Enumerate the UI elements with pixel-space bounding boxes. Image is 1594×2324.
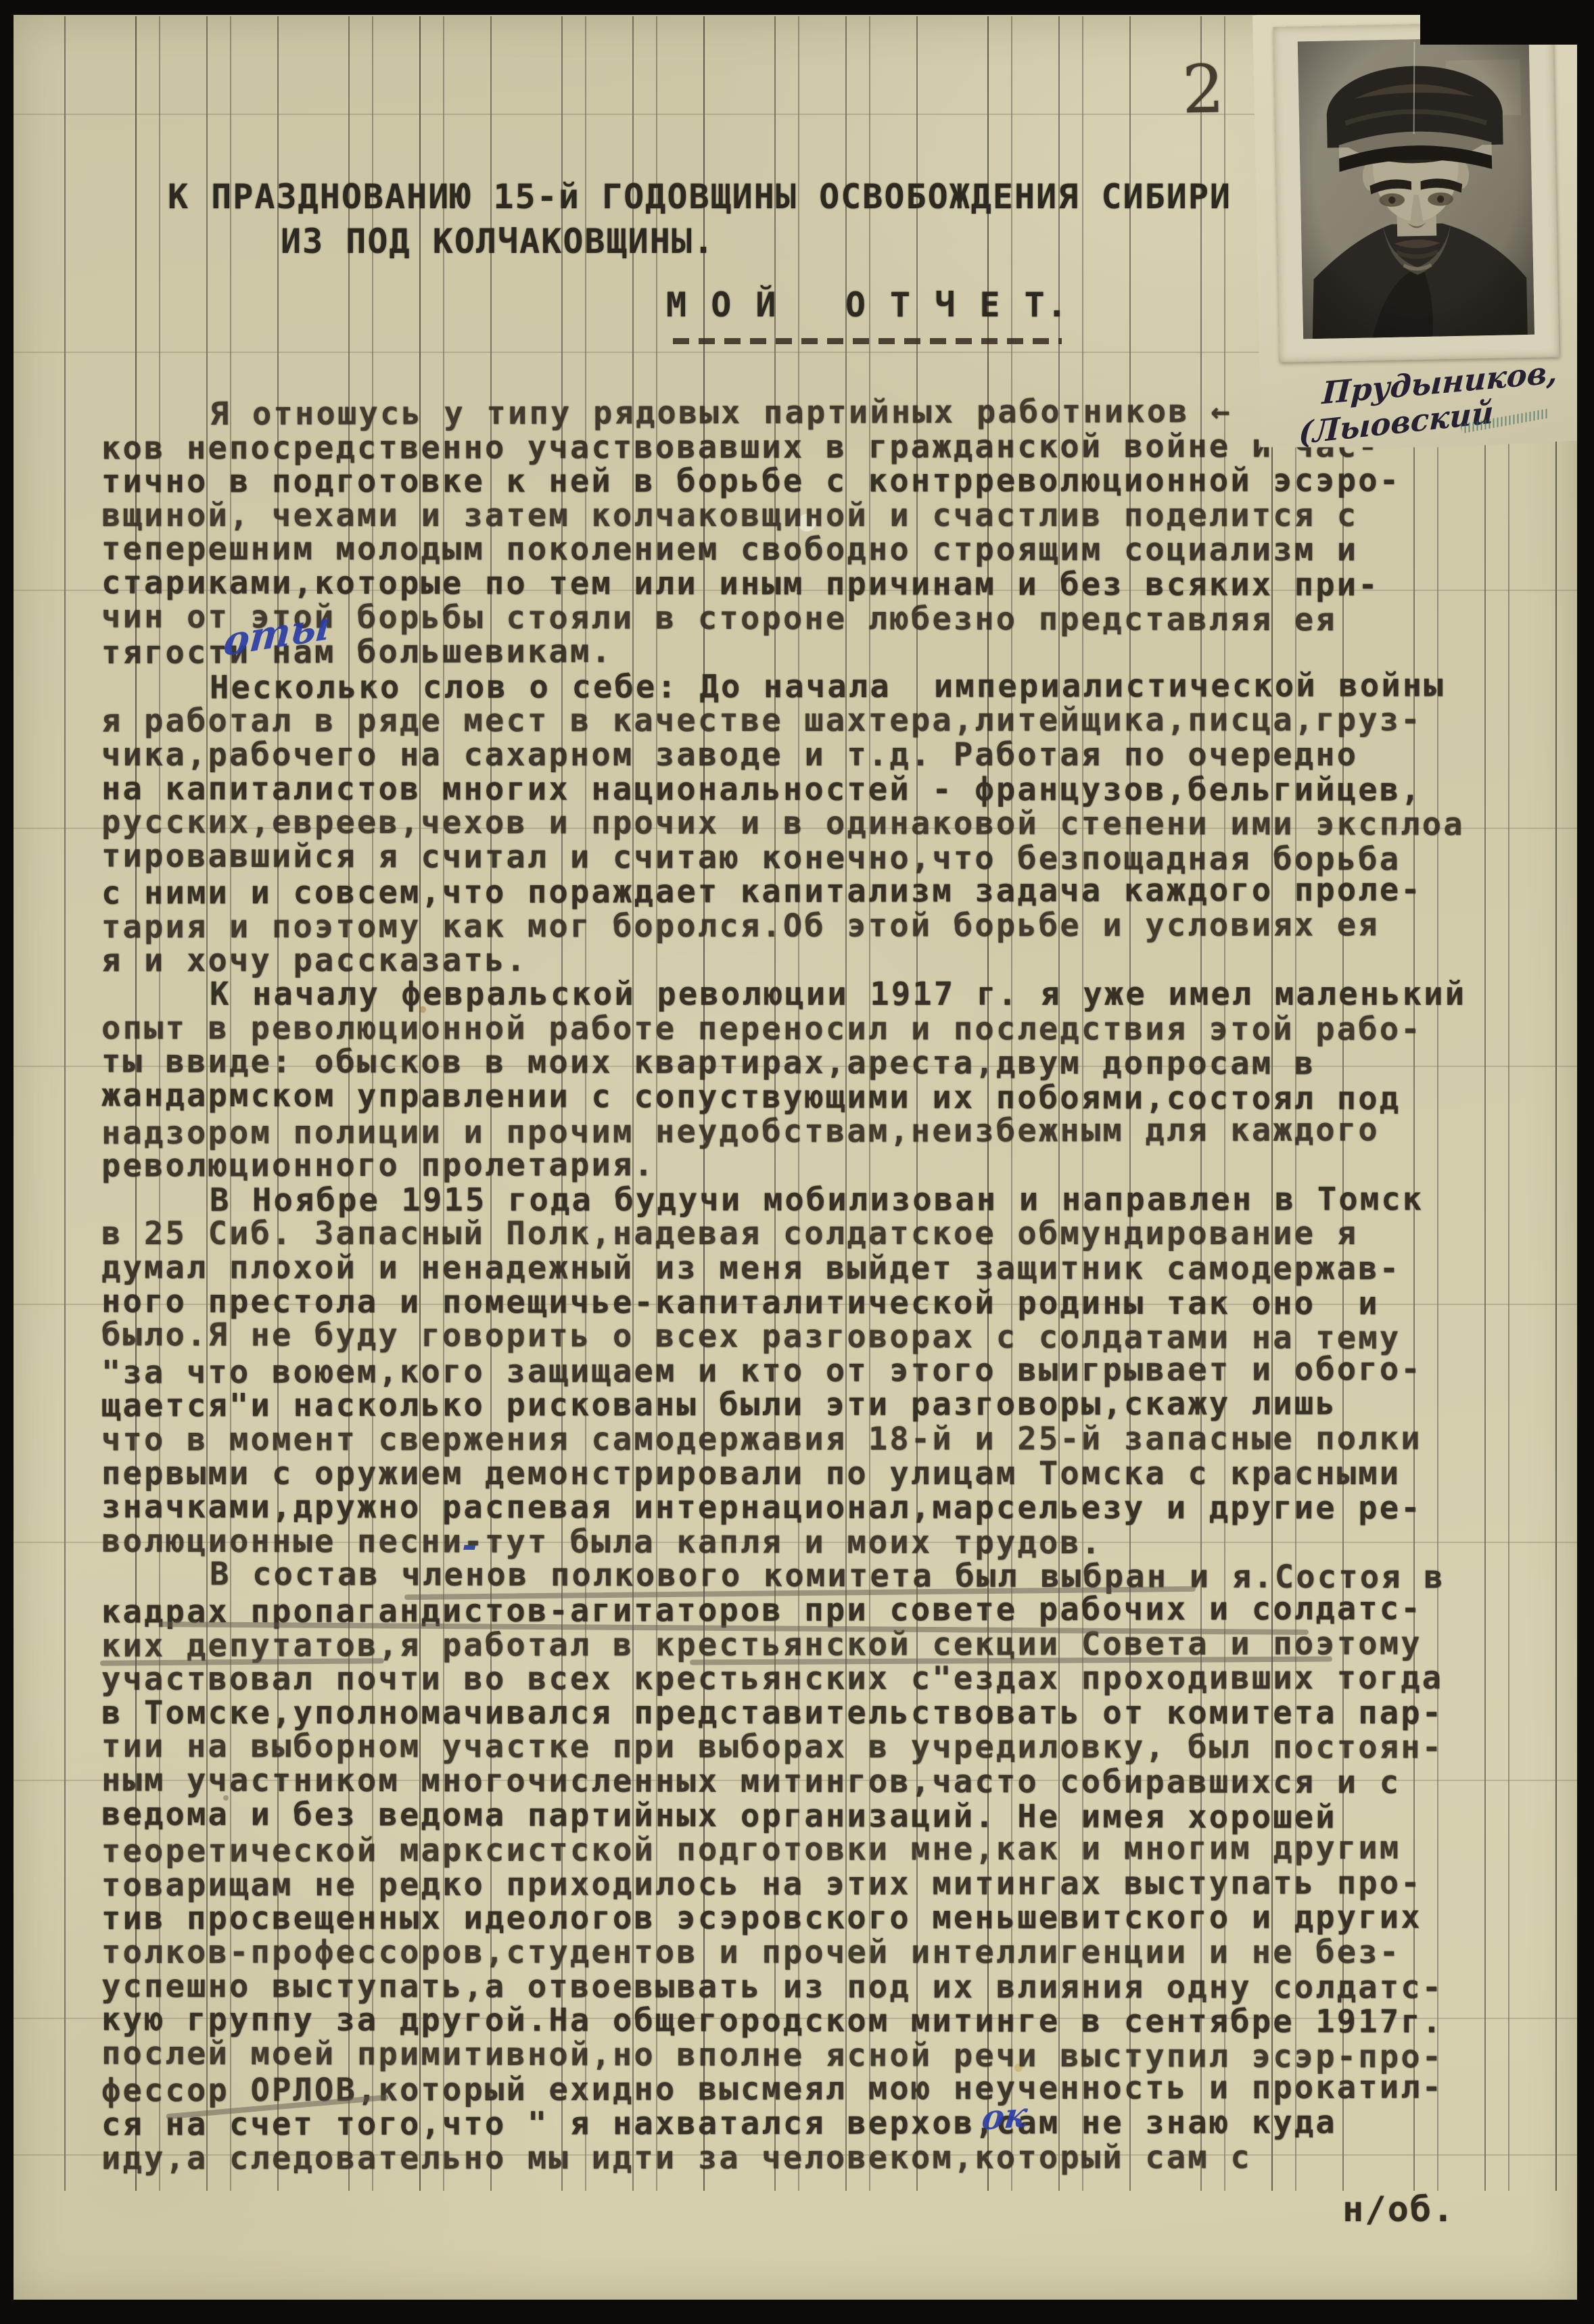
typed-line: В Ноябре 1915 года будучи мобилизован и … <box>210 1182 1424 1218</box>
scan-edge-top <box>0 0 1594 15</box>
typed-line: чика,рабочего на сахарном заводе и т.д. … <box>101 738 1358 773</box>
typed-line: в Томске,уполномачивался представительст… <box>101 1696 1443 1731</box>
typed-line: тично в подготовке к ней в борьбе с конт… <box>101 463 1401 500</box>
typed-line: теперешним молодым поколением свободно с… <box>101 531 1358 568</box>
scan-edge-right <box>1577 0 1594 2324</box>
page-number: 2 <box>1181 51 1225 128</box>
typed-line: теоретической марксистской подготовки мн… <box>101 1830 1401 1869</box>
photo-print-frame <box>1273 22 1559 362</box>
typed-line: тягости нам большевикам. <box>101 634 613 671</box>
document-header-line1: К ПРАЗДНОВАНИЮ 15-й ГОДОВЩИНЫ ОСВОБОЖДЕН… <box>168 177 1232 216</box>
typed-line: щается"и насколько рискованы были эти ра… <box>101 1386 1337 1423</box>
scan-edge-top-right-corner <box>1420 0 1594 45</box>
typed-line: тив просвещенных идеологов эсэровского м… <box>101 1900 1422 1937</box>
typed-line: значками,дружно распевая интернационал,м… <box>101 1490 1422 1526</box>
typed-line: К началу февральской революции 1917 г. я… <box>210 977 1466 1012</box>
typed-line: тии на выборном участке при выборах в уч… <box>101 1729 1443 1765</box>
typed-line: ков непосредственно участвовавших в граж… <box>101 429 1380 466</box>
typed-line: толков-профессоров,студентов и прочей ин… <box>101 1935 1401 1970</box>
blue-ink-dash-mark: - <box>462 1523 477 1566</box>
typed-line: русских,евреев,чехов и прочих и в одинак… <box>101 805 1465 843</box>
typed-line: первыми с оружием демонстрировали по ули… <box>101 1456 1401 1492</box>
typed-line: в 25 Сиб. Запасный Полк,надевая солдатск… <box>101 1216 1358 1252</box>
report-title: М О Й О Т Ч Е Т. <box>666 285 1069 325</box>
typed-line: с ними и совсем,что пораждает капитализм… <box>101 872 1422 911</box>
glued-photo-mount: Прудыников, (Лыовский <box>1252 5 1588 450</box>
typed-line: успешно выступать,а отвоевывать из под и… <box>101 1969 1443 2006</box>
typed-line: я и хочу рассказать. <box>101 943 528 979</box>
typed-line: ся на счет того,что " я нахватался верхо… <box>101 2105 1337 2142</box>
scanned-document-page: 2 К ПРАЗДНОВАНИЮ 15-й ГОДОВЩИНЫ ОСВОБОЖД… <box>0 0 1594 2324</box>
portrait-illustration <box>1298 37 1534 339</box>
blue-ink-correction-ok: ок <box>980 2094 1029 2137</box>
typed-line: ным участником многочисленных митингов,ч… <box>101 1763 1401 1800</box>
typed-line: революционного пролетария. <box>101 1147 655 1183</box>
vertical-rule <box>64 16 66 2191</box>
portrait-photo-man-in-peaked-cap <box>1298 37 1534 339</box>
typed-line: Я отношусь у типу рядовых партийных рабо… <box>210 394 1232 432</box>
typed-line: на капиталистов многих национальностей -… <box>101 772 1422 808</box>
typed-line: вщиной, чехами и затем колчаковщиной и с… <box>101 498 1358 533</box>
typed-line: тария и поэтому как мог боролся.Об этой … <box>101 907 1380 945</box>
typed-line: опыт в революционной работе переносил и … <box>101 1011 1422 1047</box>
typed-line: что в момент свержения самодержавия 18-й… <box>101 1421 1422 1458</box>
footer-continuation-note: н/об. <box>1342 2189 1455 2230</box>
typed-line: думал плохой и ненадежный из меня выйдет… <box>101 1250 1401 1287</box>
typed-line: товарищам не редко приходилось на этих м… <box>101 1866 1422 1903</box>
typed-line: ты ввиде: обысков в моих квартирах,арест… <box>101 1044 1315 1081</box>
typed-line: Несколько слов о себе: До начала империа… <box>210 668 1445 705</box>
title-dashed-underline <box>673 338 1062 344</box>
typed-line: надзором полиции и прочим неудобствам,не… <box>101 1113 1380 1152</box>
typed-line: иду,а следовательно мы идти за человеком… <box>101 2140 1252 2176</box>
typed-line: жандармском управлении с сопуствующими и… <box>101 1078 1401 1116</box>
typed-line: я работал в ряде мест в качестве шахтера… <box>101 703 1422 739</box>
typed-line: кую группу за другой.На общегородском ми… <box>101 2002 1443 2039</box>
scan-edge-bottom <box>0 2300 1594 2324</box>
typed-line: стариками,которые по тем или иным причин… <box>101 565 1380 602</box>
typed-line: участвовал почти во всех крестьянских с"… <box>101 1661 1443 1697</box>
scan-edge-left <box>0 0 14 2324</box>
document-header-line2: ИЗ ПОД КОЛЧАКОВЩИНЫ. <box>281 222 715 261</box>
typed-line: было.Я не буду говорить о всех разговора… <box>101 1317 1401 1356</box>
